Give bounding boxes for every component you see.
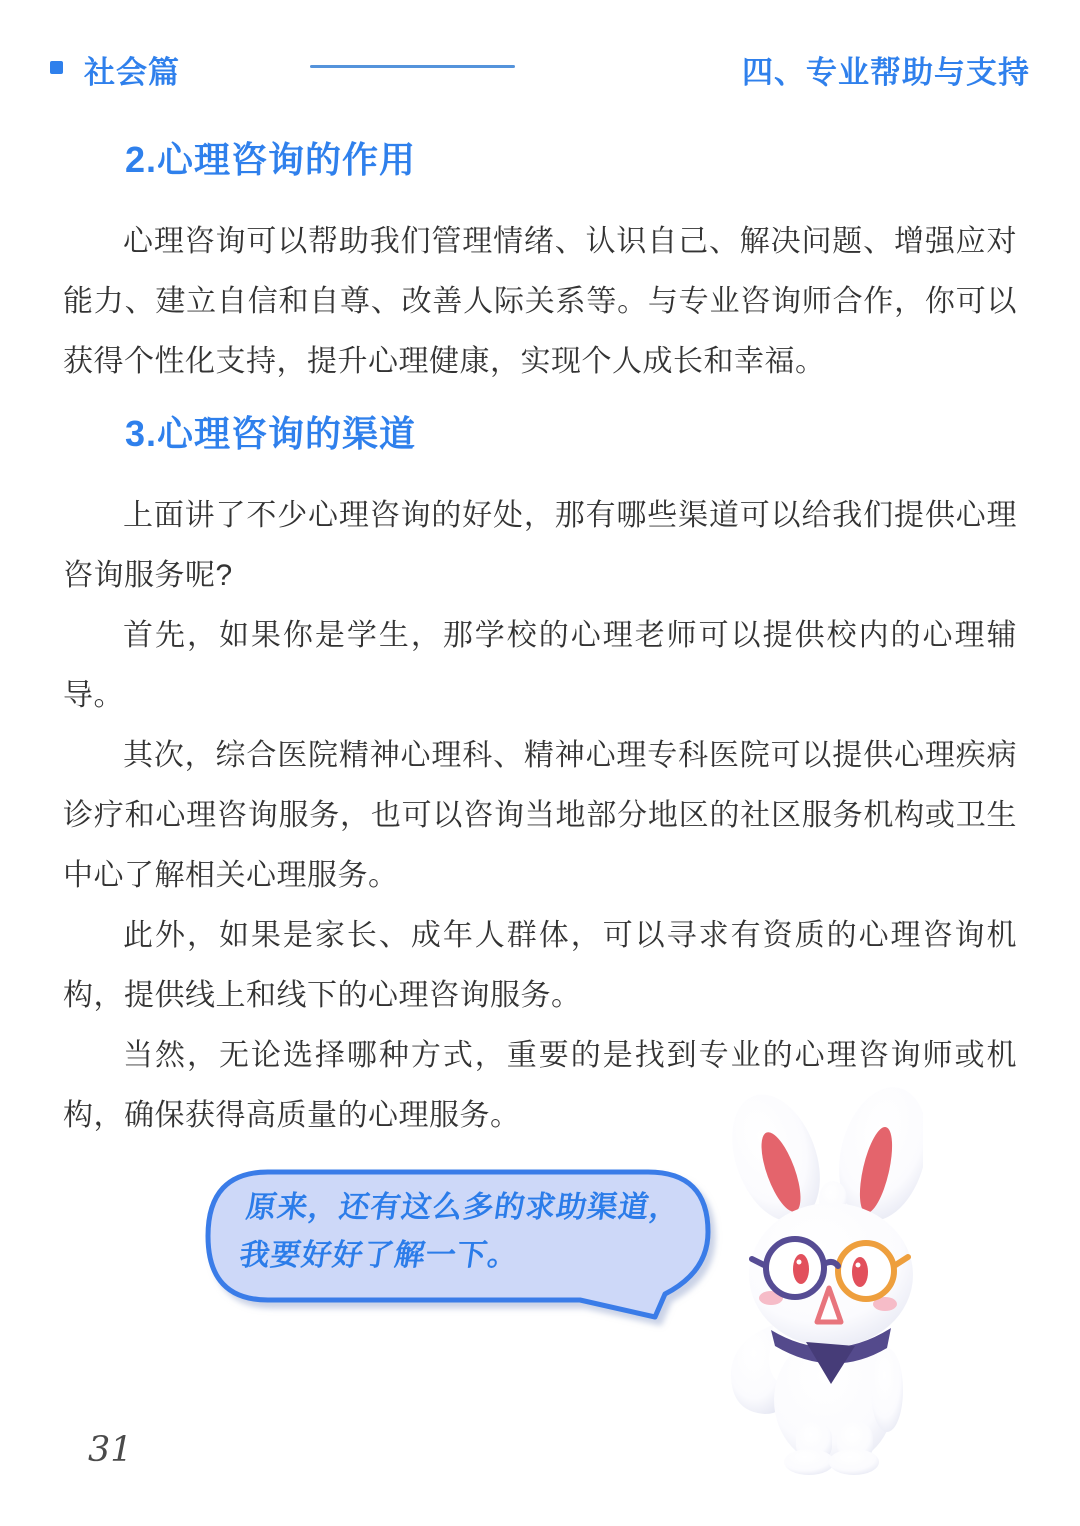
paragraph-channel-agency: 此外，如果是家长、成年人群体，可以寻求有资质的心理咨询机构，提供线上和线下的心理…	[63, 906, 1017, 1026]
speech-bubble-line2: 我要好好了解一下。	[236, 1232, 677, 1280]
paragraph-channel-school: 首先，如果你是学生，那学校的心理老师可以提供校内的心理辅导。	[63, 606, 1017, 726]
speech-bubble-line1: 原来，还有这么多的求助渠道，	[243, 1184, 684, 1232]
heading-counseling-benefits: 2.心理咨询的作用	[125, 136, 1017, 184]
document-page: 社会篇 四、专业帮助与支持 2.心理咨询的作用 心理咨询可以帮助我们管理情绪、认…	[0, 0, 1080, 1526]
chapter-label: 社会篇	[84, 47, 180, 92]
paragraph-benefits: 心理咨询可以帮助我们管理情绪、认识自己、解决问题、增强应对能力、建立自信和自尊、…	[63, 212, 1017, 392]
header-divider	[310, 65, 515, 68]
paragraph-channels-intro: 上面讲了不少心理咨询的好处，那有哪些渠道可以给我们提供心理咨询服务呢?	[63, 486, 1017, 606]
heading-counseling-channels: 3.心理咨询的渠道	[125, 410, 1017, 458]
paragraph-channel-hospital: 其次，综合医院精神心理科、精神心理专科医院可以提供心理疾病诊疗和心理咨询服务，也…	[63, 726, 1017, 906]
rabbit-mascot-illustration	[713, 1080, 923, 1480]
page-content: 2.心理咨询的作用 心理咨询可以帮助我们管理情绪、认识自己、解决问题、增强应对能…	[63, 136, 1017, 1146]
speech-bubble-text: 原来，还有这么多的求助渠道， 我要好好了解一下。	[236, 1184, 683, 1280]
section-title: 四、专业帮助与支持	[742, 47, 1030, 92]
section-bullet-icon	[50, 61, 63, 74]
page-number: 31	[88, 1430, 133, 1470]
